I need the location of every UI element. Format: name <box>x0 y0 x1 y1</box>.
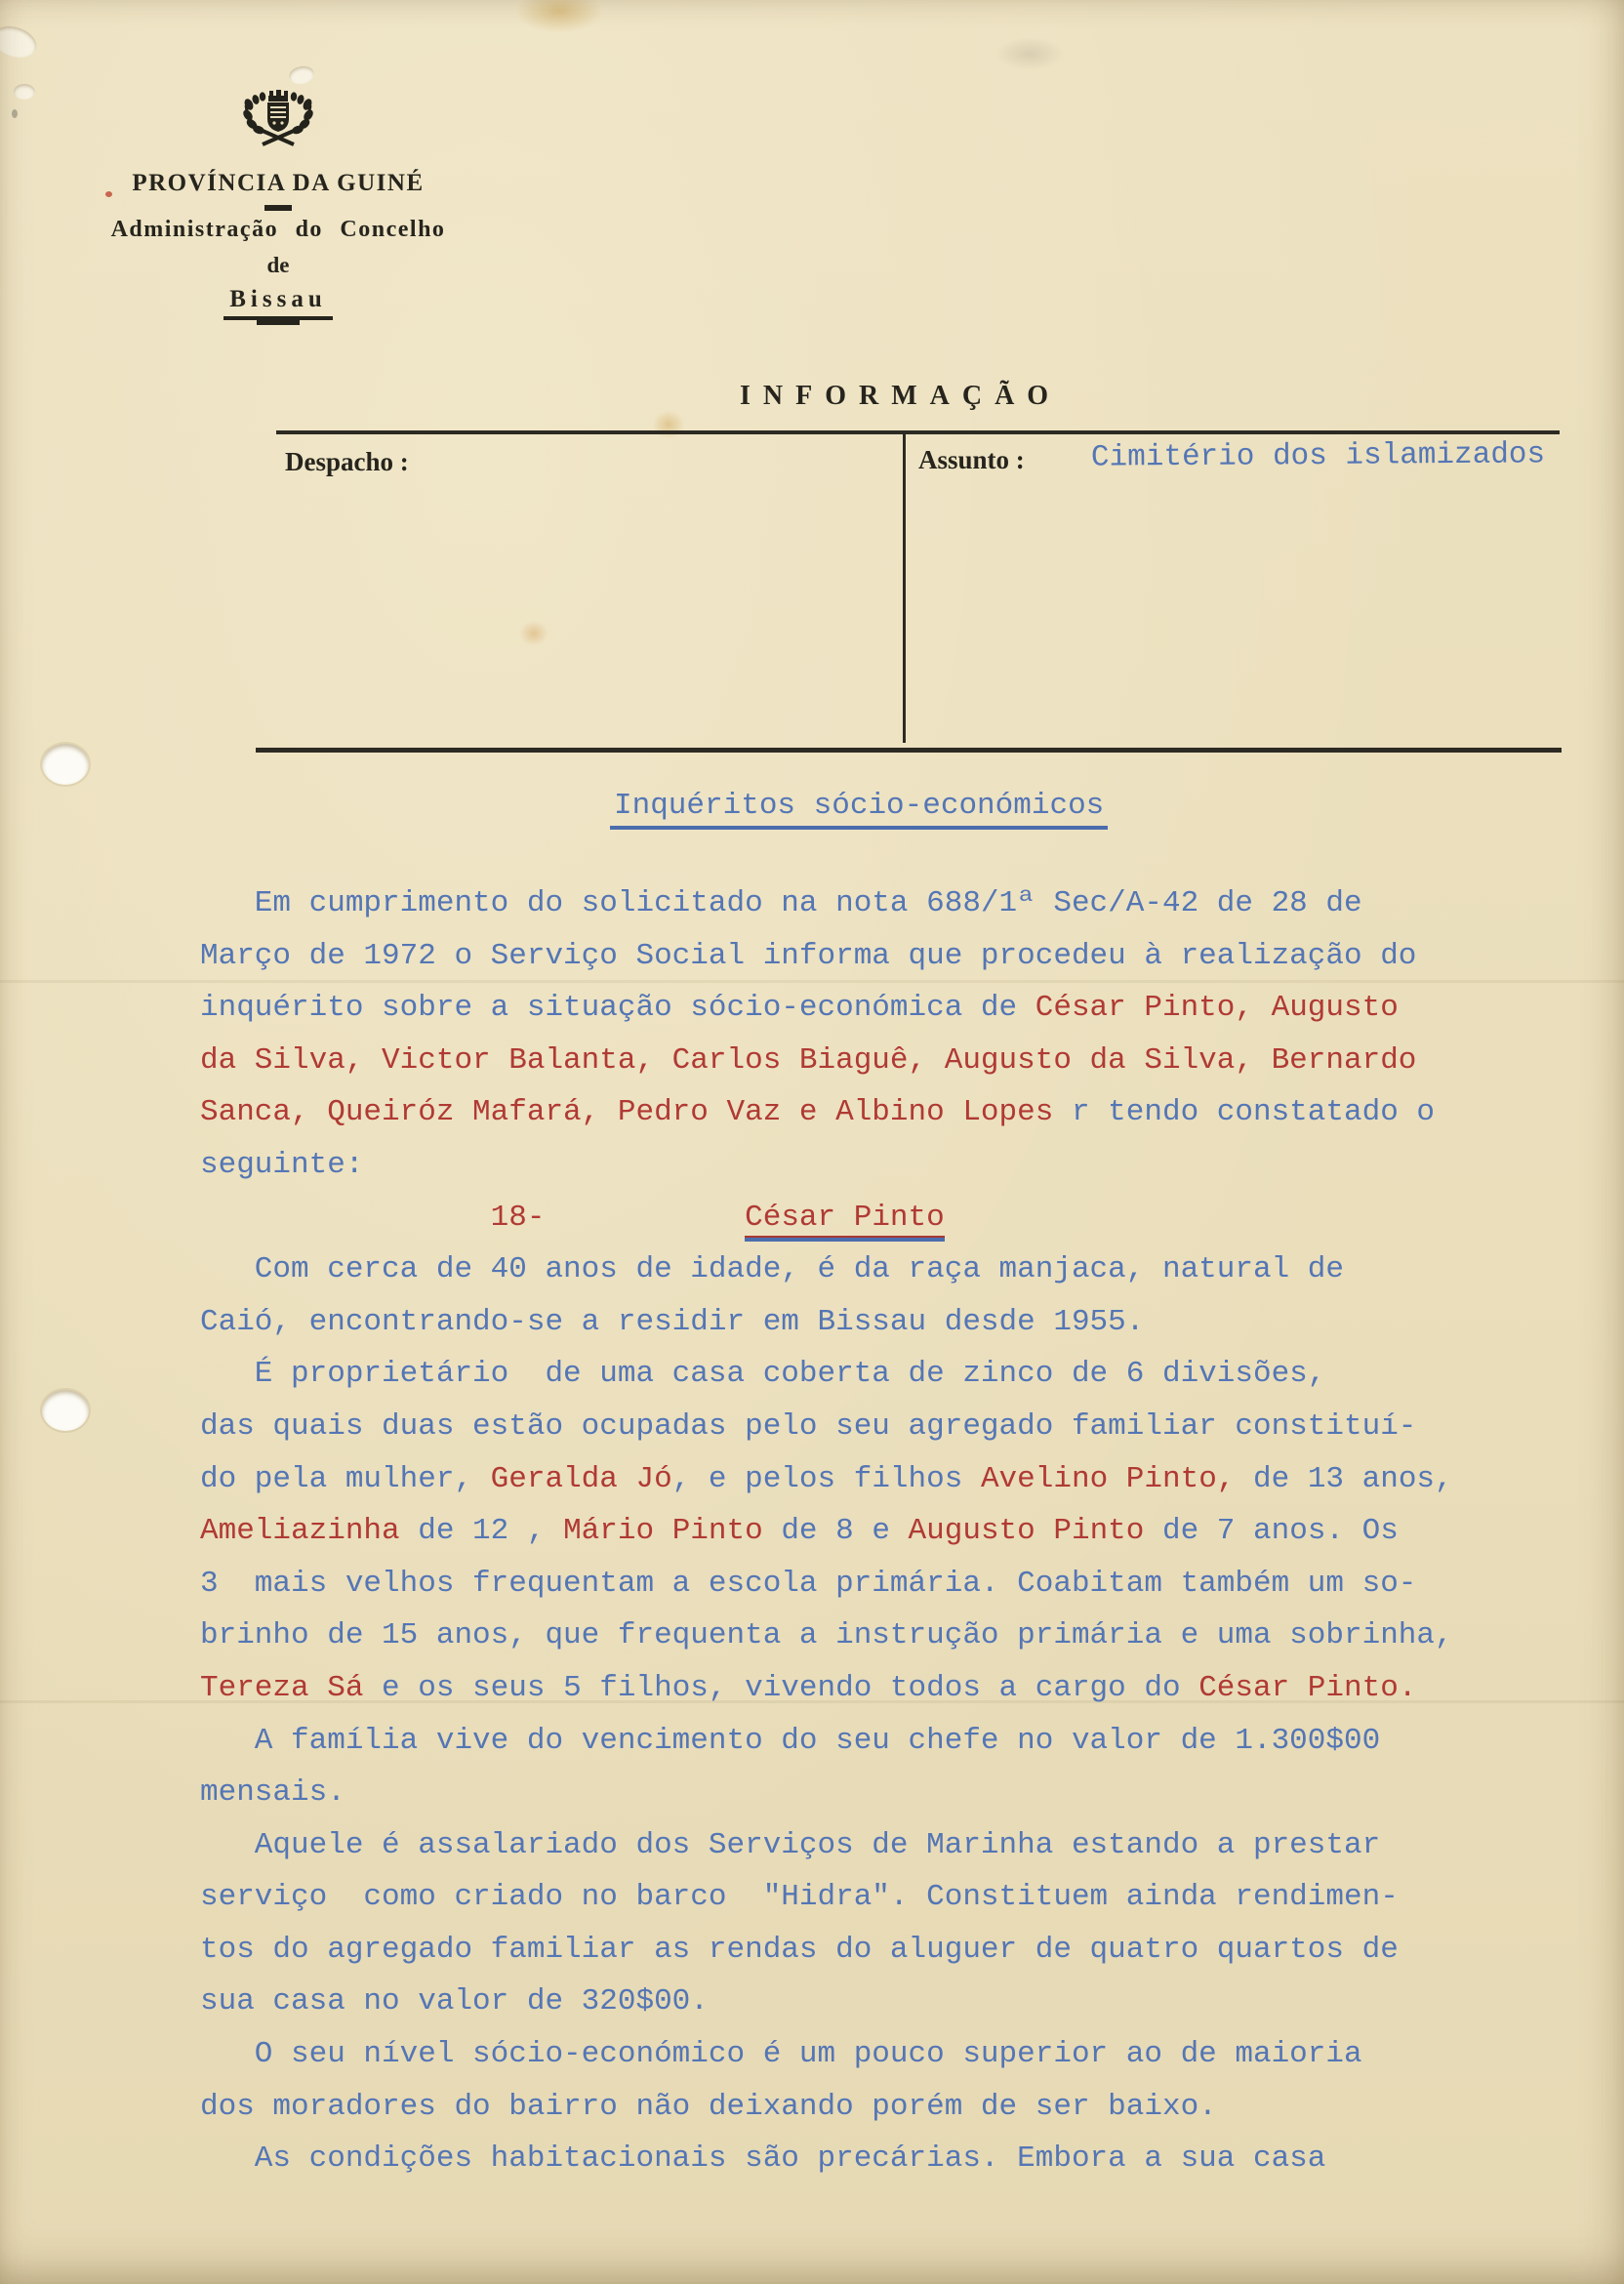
city-name: Bissau <box>223 286 332 320</box>
punch-hole <box>42 744 89 785</box>
body-line: Caió, encontrando-se a residir em Bissau… <box>200 1296 1479 1349</box>
paper-smudge <box>995 37 1064 70</box>
body-line: da Silva, Victor Balanta, Carlos Biaguê,… <box>200 1035 1479 1087</box>
blue-ink-text: de 8 e <box>763 1514 909 1548</box>
red-ink-text: Ameliazinha <box>200 1514 400 1548</box>
red-ink-text: Augusto Pinto <box>909 1514 1145 1548</box>
body-line: Sanca, Queiróz Mafará, Pedro Vaz e Albin… <box>200 1086 1479 1139</box>
punch-hole <box>42 1390 89 1431</box>
blue-ink-text: Em cumprimento do solicitado na nota 688… <box>200 886 1362 920</box>
section-heading: Inquéritos sócio-económicos <box>610 789 1108 830</box>
blue-ink-text: sua casa no valor de 320$00. <box>200 1984 709 2019</box>
blue-ink-text: tos do agregado familiar as rendas do al… <box>200 1933 1399 1967</box>
body-line: Aquele é assalariado dos Serviços de Mar… <box>200 1819 1479 1872</box>
blue-ink-text <box>545 1201 745 1235</box>
table-top-rule <box>276 430 1560 434</box>
blue-ink-text: É proprietário de uma casa coberta de zi… <box>200 1357 1325 1391</box>
red-ink-text: Tereza Sá <box>200 1671 363 1705</box>
paper-stain <box>519 621 548 646</box>
body-text: Em cumprimento do solicitado na nota 688… <box>200 877 1479 2185</box>
red-ink-text: César Pinto, Augusto <box>1035 991 1399 1025</box>
body-line: dos moradores do bairro não deixando por… <box>200 2081 1479 2134</box>
red-ink-text: César Pinto. <box>1198 1671 1416 1705</box>
body-line: brinho de 15 anos, que frequenta a instr… <box>200 1610 1479 1662</box>
body-line: das quais duas estão ocupadas pelo seu a… <box>200 1401 1479 1453</box>
blue-ink-text: r tendo constatado o <box>1053 1095 1435 1129</box>
blue-ink-text: e os seus 5 filhos, vivendo todos a carg… <box>363 1671 1198 1705</box>
blue-ink-text: A família vive do vencimento do seu chef… <box>200 1724 1380 1758</box>
red-ink-text: César Pinto <box>745 1201 945 1238</box>
paper-stain <box>515 0 603 33</box>
red-ink-text: Sanca, Queiróz Mafará, Pedro Vaz e Albin… <box>200 1095 1053 1129</box>
body-line: serviço como criado no barco "Hidra". Co… <box>200 1871 1479 1924</box>
blue-ink-text: das quais duas estão ocupadas pelo seu a… <box>200 1409 1416 1444</box>
blue-ink-text: de 12 , <box>400 1514 563 1548</box>
paper-chip <box>0 21 41 63</box>
paper-stain <box>652 410 685 439</box>
assunto-label: Assunto : <box>918 445 1025 475</box>
blue-ink-text: Com cerca de 40 anos de idade, é da raça… <box>200 1252 1344 1286</box>
province-name: PROVÍNCIA DA GUINÉ <box>24 170 532 197</box>
body-line: 18- César Pinto <box>200 1192 1479 1244</box>
blue-ink-text: do pela mulher, <box>200 1462 491 1496</box>
assunto-value: Cimitério dos islamizados <box>1091 437 1545 474</box>
blue-ink-text: Caió, encontrando-se a residir em Bissau… <box>200 1305 1144 1339</box>
scanned-document-page: PROVÍNCIA DA GUINÉ Administração do Conc… <box>0 0 1624 2284</box>
ink-speck <box>12 109 18 118</box>
body-line: Em cumprimento do solicitado na nota 688… <box>200 877 1479 930</box>
divider-dash <box>264 205 292 211</box>
red-ink-text: Geralda Jó <box>491 1462 672 1496</box>
blue-ink-text: serviço como criado no barco "Hidra". Co… <box>200 1880 1399 1914</box>
body-line: 3 mais velhos frequentam a escola primár… <box>200 1558 1479 1611</box>
blue-ink-text: As condições habitacionais são precárias… <box>200 2141 1325 2176</box>
blue-ink-text: Março de 1972 o Serviço Social informa q… <box>200 939 1416 973</box>
despacho-label: Despacho : <box>285 447 409 477</box>
red-ink-text: 18- <box>200 1201 545 1235</box>
blue-ink-text: inquérito sobre a situação sócio-económi… <box>200 991 1035 1025</box>
body-line: As condições habitacionais são precárias… <box>200 2133 1479 2185</box>
body-line: seguinte: <box>200 1139 1479 1192</box>
blue-ink-text: de 13 anos, <box>1235 1462 1452 1496</box>
body-line: Março de 1972 o Serviço Social informa q… <box>200 930 1479 983</box>
body-line: Tereza Sá e os seus 5 filhos, vivendo to… <box>200 1662 1479 1715</box>
table-vertical-rule <box>903 430 906 743</box>
body-line: Com cerca de 40 anos de idade, é da raça… <box>200 1244 1479 1296</box>
body-line: inquérito sobre a situação sócio-económi… <box>200 982 1479 1035</box>
paper-chip <box>287 63 315 86</box>
letterhead: PROVÍNCIA DA GUINÉ Administração do Conc… <box>24 88 532 320</box>
blue-ink-text: de 7 anos. Os <box>1144 1514 1398 1548</box>
body-line: tos do agregado familiar as rendas do al… <box>200 1924 1479 1977</box>
blue-ink-text: 3 mais velhos frequentam a escola primár… <box>200 1567 1416 1601</box>
body-line: É proprietário de uma casa coberta de zi… <box>200 1348 1479 1401</box>
blue-ink-text: dos moradores do bairro não deixando por… <box>200 2090 1217 2124</box>
blue-ink-text: mensais. <box>200 1775 345 1810</box>
blue-ink-text: , e pelos filhos <box>672 1462 981 1496</box>
blue-ink-text: O seu nível sócio-económico é um pouco s… <box>200 2037 1362 2071</box>
body-line: O seu nível sócio-económico é um pouco s… <box>200 2028 1479 2081</box>
document-title: INFORMAÇÃO <box>740 381 1061 412</box>
body-line: A família vive do vencimento do seu chef… <box>200 1715 1479 1768</box>
blue-ink-text: seguinte: <box>200 1148 363 1182</box>
administration-de: de <box>24 253 532 278</box>
blue-ink-text: Aquele é assalariado dos Serviços de Mar… <box>200 1828 1380 1862</box>
body-line: mensais. <box>200 1767 1479 1819</box>
body-line: sua casa no valor de 320$00. <box>200 1976 1479 2028</box>
body-line: Ameliazinha de 12 , Mário Pinto de 8 e A… <box>200 1505 1479 1558</box>
coat-of-arms-icon <box>237 88 319 162</box>
red-ink-text: Avelino Pinto, <box>981 1462 1235 1496</box>
red-ink-text: Mário Pinto <box>563 1514 763 1548</box>
administration-line: Administração do Concelho <box>24 217 532 243</box>
table-bottom-rule <box>256 748 1562 753</box>
blue-ink-text: brinho de 15 anos, que frequenta a instr… <box>200 1618 1453 1652</box>
red-ink-text: da Silva, Victor Balanta, Carlos Biaguê,… <box>200 1043 1416 1078</box>
body-line: do pela mulher, Geralda Jó, e pelos filh… <box>200 1453 1479 1506</box>
